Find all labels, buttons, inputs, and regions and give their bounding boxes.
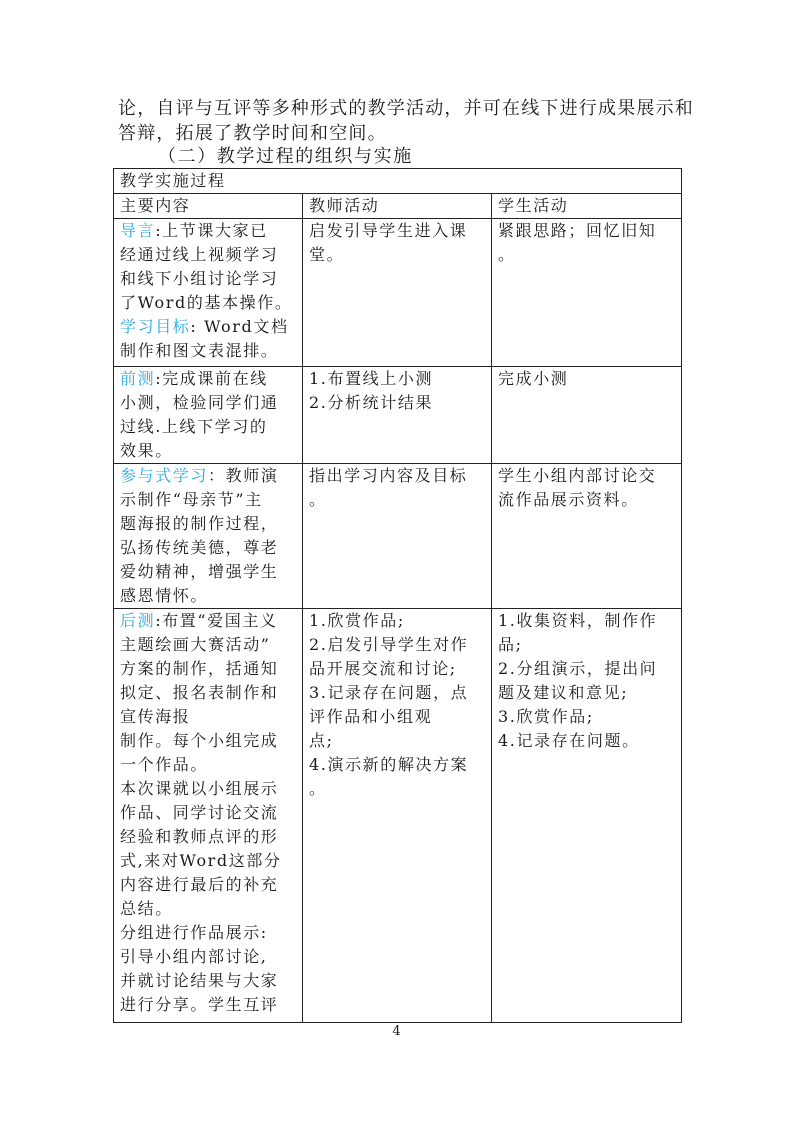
table-row: 后测:布置“爱国主义 主题绘画大赛活动” 方案的制作，括通知 拟定、报名表制作和… — [114, 609, 682, 1023]
student-text: 4.记录存在问题。 — [498, 729, 676, 753]
page-number: 4 — [0, 1024, 793, 1040]
teacher-text: 4.演示新的解决方案 — [309, 753, 486, 777]
content-text: 了Word的基本操作。 — [120, 291, 297, 315]
header-main-content: 主要内容 — [114, 194, 303, 219]
student-cell: 1.收集资料，制作作 品; 2.分组演示，提出问 题及建议和意见; 3.欣赏作品… — [492, 609, 682, 1023]
teacher-cell: 指出学习内容及目标 。 — [303, 464, 492, 609]
student-text: 品; — [498, 633, 676, 657]
content-text: 本次课就以小组展示 — [120, 777, 297, 801]
content-text: 示制作“母亲节”主 — [120, 488, 297, 512]
content-text: 弘扬传统美德，尊老 — [120, 536, 297, 560]
student-text: 1.收集资料，制作作 — [498, 609, 676, 633]
teacher-text: 评作品和小组观 — [309, 705, 486, 729]
teacher-text: 指出学习内容及目标 — [309, 464, 486, 488]
student-text: 3.欣赏作品; — [498, 705, 676, 729]
teacher-text: 1.布置线上小测 — [309, 367, 486, 391]
teacher-cell: 1.欣赏作品; 2.启发引导学生对作 品开展交流和讨论; 3.记录存在问题，点 … — [303, 609, 492, 1023]
content-text: 总结。 — [120, 897, 297, 921]
content-text: 分组进行作品展示: — [120, 921, 297, 945]
teacher-text: 。 — [309, 488, 486, 512]
content-text: 引导小组内部讨论, — [120, 945, 297, 969]
table-row: 前测:完成课前在线 小测，检验同学们通 过线.上线下学习的 效果。 1.布置线上… — [114, 367, 682, 464]
content-label: 学习目标 — [120, 317, 190, 336]
content-text: 经通过线上视频学习 — [120, 243, 297, 267]
content-text: 题海报的制作过程， — [120, 512, 297, 536]
content-text: 制作。每个小组完成 — [120, 729, 297, 753]
table-row: 参与式学习：教师演 示制作“母亲节”主 题海报的制作过程， 弘扬传统美德，尊老 … — [114, 464, 682, 609]
content-text: 过线.上线下学习的 — [120, 415, 297, 439]
content-cell: 后测:布置“爱国主义 主题绘画大赛活动” 方案的制作，括通知 拟定、报名表制作和… — [114, 609, 303, 1023]
student-cell: 完成小测 — [492, 367, 682, 464]
teacher-text: 品开展交流和讨论; — [309, 657, 486, 681]
teacher-text: 启发引导学生进入课 — [309, 219, 486, 243]
content-text: 拟定、报名表制作和 — [120, 681, 297, 705]
content-label: 前测 — [120, 369, 155, 388]
content-text: 并就讨论结果与大家 — [120, 969, 297, 993]
content-text: ：教师演 — [208, 466, 278, 485]
teacher-text: 2.分析统计结果 — [309, 391, 486, 415]
section-heading: （二）教学过程的组织与实施 — [158, 145, 413, 169]
teacher-text: 堂。 — [309, 243, 486, 267]
content-text: 小测，检验同学们通 — [120, 391, 297, 415]
content-text: 效果。 — [120, 439, 297, 463]
header-student-activity: 学生活动 — [492, 194, 682, 219]
table-row: 导言:上节课大家已 经通过线上视频学习 和线下小组讨论学习 了Word的基本操作… — [114, 219, 682, 367]
content-label: 参与式学习 — [120, 466, 208, 485]
content-text: 作品、同学讨论交流 — [120, 801, 297, 825]
content-text: 爱幼精神，增强学生 — [120, 560, 297, 584]
content-text: 进行分享。学生互评 — [120, 993, 297, 1017]
content-text: 宣传海报 — [120, 705, 297, 729]
student-text: 题及建议和意见; — [498, 681, 676, 705]
content-text: 式,来对Word这部分 — [120, 849, 297, 873]
content-text: 方案的制作，括通知 — [120, 657, 297, 681]
student-text: 。 — [498, 243, 676, 267]
content-text: 经验和教师点评的形 — [120, 825, 297, 849]
content-text: 制作和图文表混排。 — [120, 339, 297, 363]
student-cell: 紧跟思路；回忆旧知 。 — [492, 219, 682, 367]
content-label: 导言 — [120, 221, 155, 240]
content-text: 主题绘画大赛活动” — [120, 633, 297, 657]
content-text: 感恩情怀。 — [120, 584, 297, 608]
header-teacher-activity: 教师活动 — [303, 194, 492, 219]
teacher-cell: 1.布置线上小测 2.分析统计结果 — [303, 367, 492, 464]
content-text: 内容进行最后的补充 — [120, 873, 297, 897]
student-text: 完成小测 — [498, 367, 676, 391]
content-cell: 参与式学习：教师演 示制作“母亲节”主 题海报的制作过程， 弘扬传统美德，尊老 … — [114, 464, 303, 609]
student-cell: 学生小组内部讨论交 流作品展示资料。 — [492, 464, 682, 609]
teacher-text: 2.启发引导学生对作 — [309, 633, 486, 657]
teacher-text: 3.记录存在问题，点 — [309, 681, 486, 705]
content-label: 后测 — [120, 611, 155, 630]
content-text: :完成课前在线 — [155, 369, 268, 388]
student-text: 学生小组内部讨论交 — [498, 464, 676, 488]
student-text: 2.分组演示，提出问 — [498, 657, 676, 681]
body-paragraph-line: 答辩，拓展了教学时间和空间。 — [118, 121, 688, 147]
teacher-text: 1.欣赏作品; — [309, 609, 486, 633]
teacher-text: 。 — [309, 777, 486, 801]
student-text: 紧跟思路；回忆旧知 — [498, 219, 676, 243]
content-text: 一个作品。 — [120, 753, 297, 777]
body-paragraph-line: 论，自评与互评等多种形式的教学活动，并可在线下进行成果展示和 — [118, 96, 688, 122]
table-title-row: 教学实施过程 — [114, 169, 682, 194]
content-text: 和线下小组讨论学习 — [120, 267, 297, 291]
content-cell: 导言:上节课大家已 经通过线上视频学习 和线下小组讨论学习 了Word的基本操作… — [114, 219, 303, 367]
content-cell: 前测:完成课前在线 小测，检验同学们通 过线.上线下学习的 效果。 — [114, 367, 303, 464]
content-text: : Word文档 — [190, 317, 288, 336]
table-header-row: 主要内容 教师活动 学生活动 — [114, 194, 682, 219]
content-text: :布置“爱国主义 — [155, 611, 277, 630]
student-text: 流作品展示资料。 — [498, 488, 676, 512]
teacher-text: 点; — [309, 729, 486, 753]
teacher-cell: 启发引导学生进入课 堂。 — [303, 219, 492, 367]
content-text: :上节课大家已 — [155, 221, 268, 240]
table-title: 教学实施过程 — [114, 169, 682, 194]
teaching-process-table: 教学实施过程 主要内容 教师活动 学生活动 导言:上节课大家已 经通过线上视频学… — [113, 168, 682, 1023]
